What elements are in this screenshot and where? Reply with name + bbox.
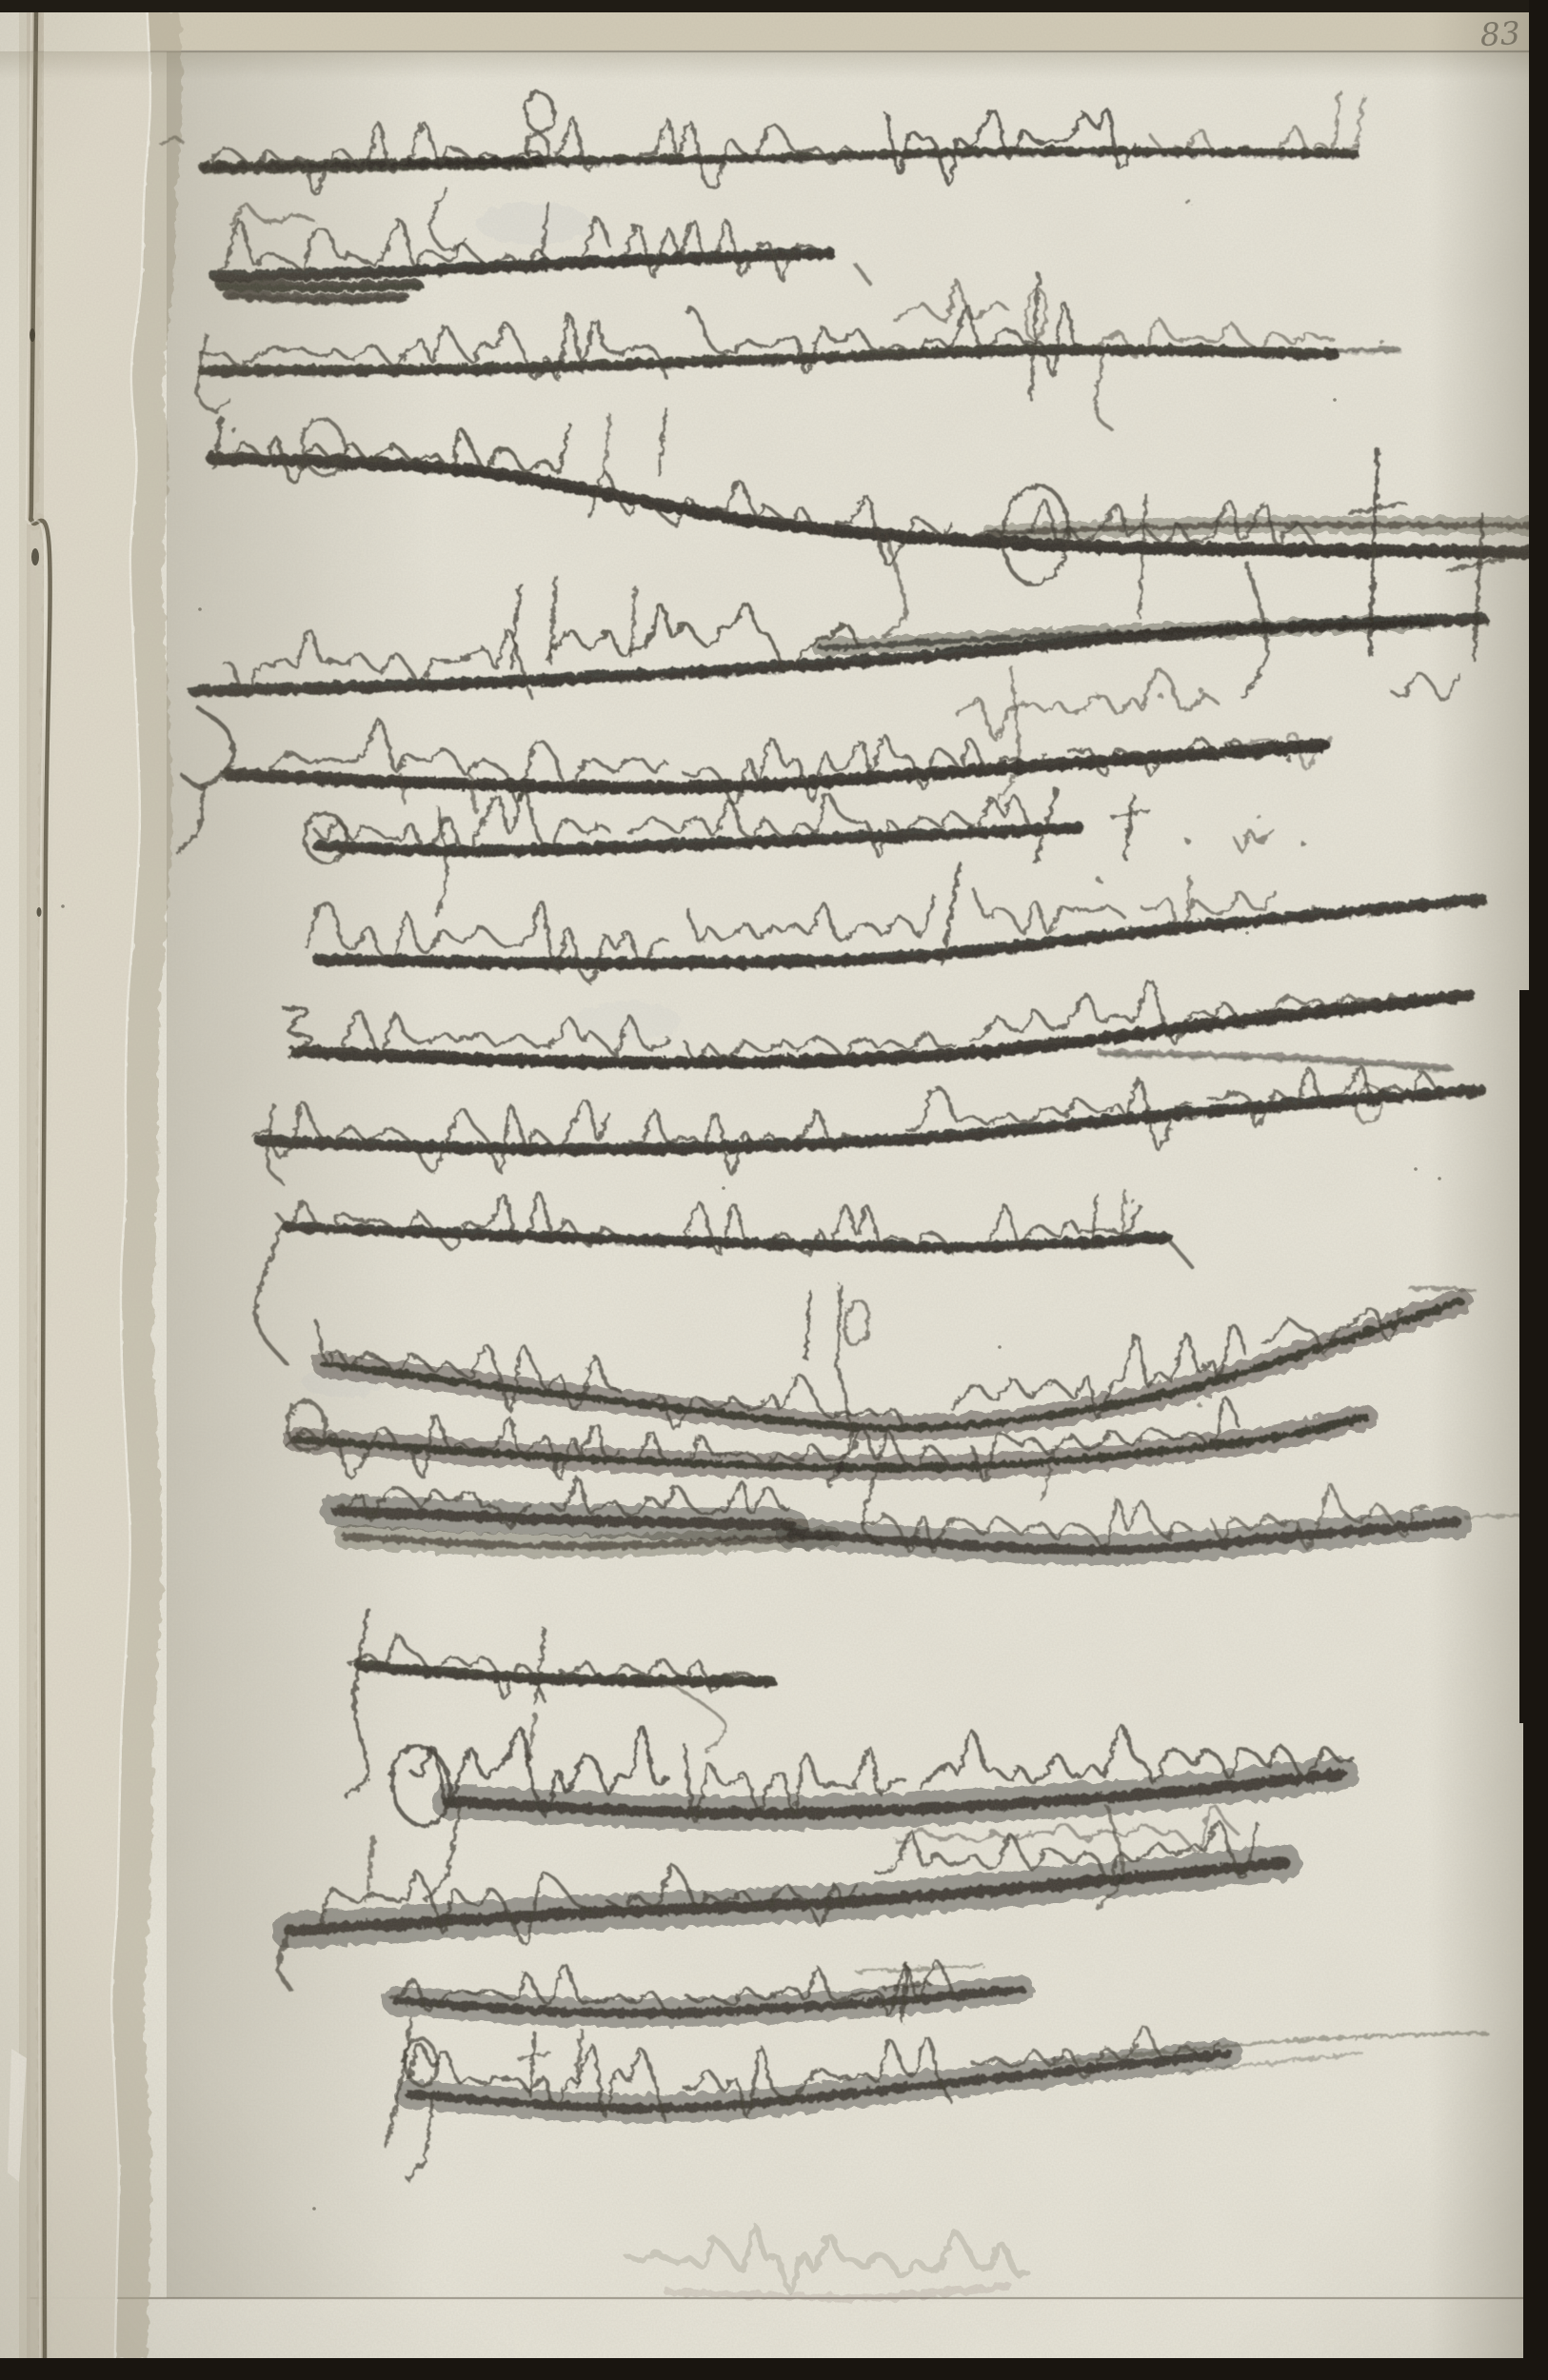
- scan-tone-overlays: [0, 11, 1529, 2359]
- book-edge-bottom: [0, 2358, 1548, 2380]
- book-edge-top: [0, 0, 1548, 12]
- scan-image: 83: [0, 0, 1548, 2380]
- scanned-notebook-page: 83: [0, 0, 1548, 2380]
